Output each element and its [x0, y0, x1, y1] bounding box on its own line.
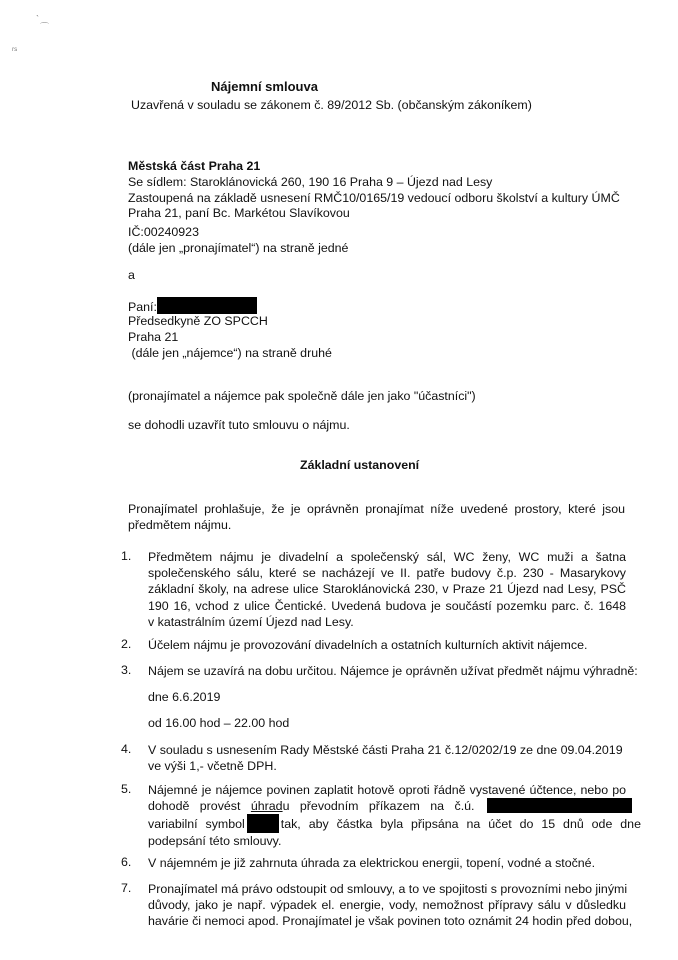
redacted-lessee-name	[157, 297, 257, 314]
item-3-line: Nájem se uzavírá na dobu určitou. Nájemc…	[148, 663, 626, 679]
lessee-label: Paní:	[128, 300, 157, 314]
scan-speck: ⌒	[40, 20, 49, 33]
lessee-position: Předsedkyně ZO SPCCH	[128, 314, 268, 328]
text-segment: variabilní symbol	[148, 817, 245, 831]
underlined-text: úhrad	[251, 799, 283, 813]
section-title: Základní ustanovení	[300, 458, 419, 472]
item-6-line: V nájemném je již zahrnuta úhrada za ele…	[148, 855, 626, 871]
rental-time: od 16.00 hod – 22.00 hod	[148, 716, 289, 730]
agreement-statement: se dohodli uzavřít tuto smlouvu o nájmu.	[128, 418, 350, 432]
lessor-ico: IČ:00240923	[128, 225, 199, 239]
rental-date: dne 6.6.2019	[148, 690, 220, 704]
item-1-line: společenského sálu, které se nacházejí v…	[148, 565, 626, 581]
list-item-5: Nájemné je nájemce povinen zaplatit hoto…	[148, 782, 626, 850]
intro-line-2: předmětem nájmu.	[128, 518, 231, 532]
item-1-line: základní školy, na adrese ulice Staroklá…	[148, 581, 626, 597]
lessee-line: Paní:	[128, 297, 257, 314]
item-1-line: 190 16, vchod z ulice Čentické. Uvedená …	[148, 598, 626, 614]
item-number: 3.	[121, 663, 131, 677]
redacted-variable-symbol	[247, 814, 279, 833]
redacted-account-number	[487, 798, 632, 813]
document-subtitle: Uzavřená v souladu se zákonem č. 89/2012…	[131, 98, 532, 112]
item-number: 7.	[121, 881, 131, 895]
item-number: 6.	[121, 855, 131, 869]
item-5-line: variabilní symboltak, aby částka byla př…	[148, 814, 626, 833]
item-7-line: havárie či nemoci apod. Pronajímatel je …	[148, 913, 626, 929]
item-5-line: Nájemné je nájemce povinen zaplatit hoto…	[148, 782, 626, 798]
item-1-line: Předmětem nájmu je divadelní a společens…	[148, 549, 626, 565]
scan-speck: `	[36, 14, 39, 24]
item-number: 5.	[121, 782, 131, 796]
list-item-6: V nájemném je již zahrnuta úhrada za ele…	[148, 855, 626, 871]
list-item-4: V souladu s usnesením Rady Městské části…	[148, 742, 626, 774]
conjunction: a	[128, 268, 135, 282]
list-item-3: Nájem se uzavírá na dobu určitou. Nájemc…	[148, 663, 626, 679]
item-number: 4.	[121, 742, 131, 756]
scan-speck: ʳˢ	[12, 45, 17, 55]
list-item-2: Účelem nájmu je provozování divadelních …	[148, 637, 626, 653]
lessor-seat: Se sídlem: Staroklánovická 260, 190 16 P…	[128, 175, 492, 189]
text-segment: dohodě provést	[148, 799, 251, 813]
item-1-line: v katastrálním území Újezd nad Lesy.	[148, 614, 626, 630]
text-segment: u převodním příkazem na č.ú.	[283, 799, 475, 813]
lessee-role: (dále jen „nájemce“) na straně druhé	[128, 346, 332, 360]
item-2-line: Účelem nájmu je provozování divadelních …	[148, 637, 626, 653]
item-5-line: podepsání této smlouvy.	[148, 833, 626, 849]
lessee-city: Praha 21	[128, 330, 178, 344]
list-item-7: Pronajímatel má právo odstoupit od smlou…	[148, 881, 626, 930]
lessor-represented-2: Praha 21, paní Bc. Markétou Slavíkovou	[128, 206, 350, 220]
item-number: 1.	[121, 549, 131, 563]
item-7-line: důvody, jako je např. výpadek el. energi…	[148, 897, 626, 913]
item-7-line: Pronajímatel má právo odstoupit od smlou…	[148, 881, 626, 897]
document-title: Nájemní smlouva	[211, 79, 318, 94]
intro-line-1: Pronajímatel prohlašuje, že je oprávněn …	[128, 502, 625, 516]
lessor-represented-1: Zastoupená na základě usnesení RMČ10/016…	[128, 191, 620, 205]
lessor-name: Městská část Praha 21	[128, 159, 260, 173]
item-number: 2.	[121, 637, 131, 651]
text-segment: tak, aby částka byla připsána na účet do…	[281, 817, 641, 831]
lessor-role: (dále jen „pronajímatel“) na straně jedn…	[128, 241, 348, 255]
item-4-line: V souladu s usnesením Rady Městské části…	[148, 742, 626, 758]
item-4-line: ve výši 1,- včetně DPH.	[148, 758, 626, 774]
list-item-1: Předmětem nájmu je divadelní a společens…	[148, 549, 626, 630]
item-5-line: dohodě provést úhradu převodním příkazem…	[148, 798, 626, 814]
parties-note: (pronajímatel a nájemce pak společně dál…	[128, 389, 476, 403]
